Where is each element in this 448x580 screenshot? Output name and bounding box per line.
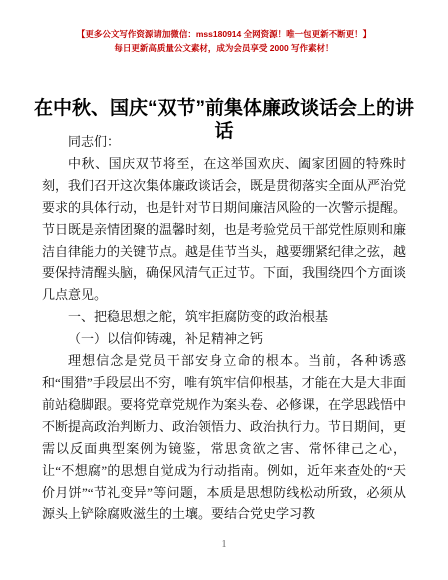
section-heading-1: 一、把稳思想之舵，筑牢拒腐防变的政治根基 — [42, 306, 406, 328]
ad-banner: 【更多公文写作资源请加微信：mss180914 全网资源！唯一包更新不断更！】 … — [0, 27, 448, 55]
paragraph-greeting: 同志们： — [42, 131, 406, 153]
ad-banner-line-2: 每日更新高质量公文素材，成为会员享受 2000 写作素材！ — [0, 41, 448, 55]
subsection-heading-1-1: （一）以信仰铸魂，补足精神之钙 — [42, 328, 406, 350]
ad-banner-line-1: 【更多公文写作资源请加微信：mss180914 全网资源！唯一包更新不断更！】 — [0, 27, 448, 41]
page-number: 1 — [0, 538, 448, 552]
document-body: 同志们： 中秋、国庆双节将至，在这举国欢庆、阖家团圆的特殊时刻，我们召开这次集体… — [42, 131, 406, 525]
paragraph-section-body: 理想信念是党员干部安身立命的根本。当前，各种诱惑和“围猎”手段层出不穷，唯有筑牢… — [42, 350, 406, 525]
paragraph-intro: 中秋、国庆双节将至，在这举国欢庆、阖家团圆的特殊时刻，我们召开这次集体廉政谈话会… — [42, 153, 406, 306]
document-page: 【更多公文写作资源请加微信：mss180914 全网资源！唯一包更新不断更！】 … — [0, 0, 448, 580]
